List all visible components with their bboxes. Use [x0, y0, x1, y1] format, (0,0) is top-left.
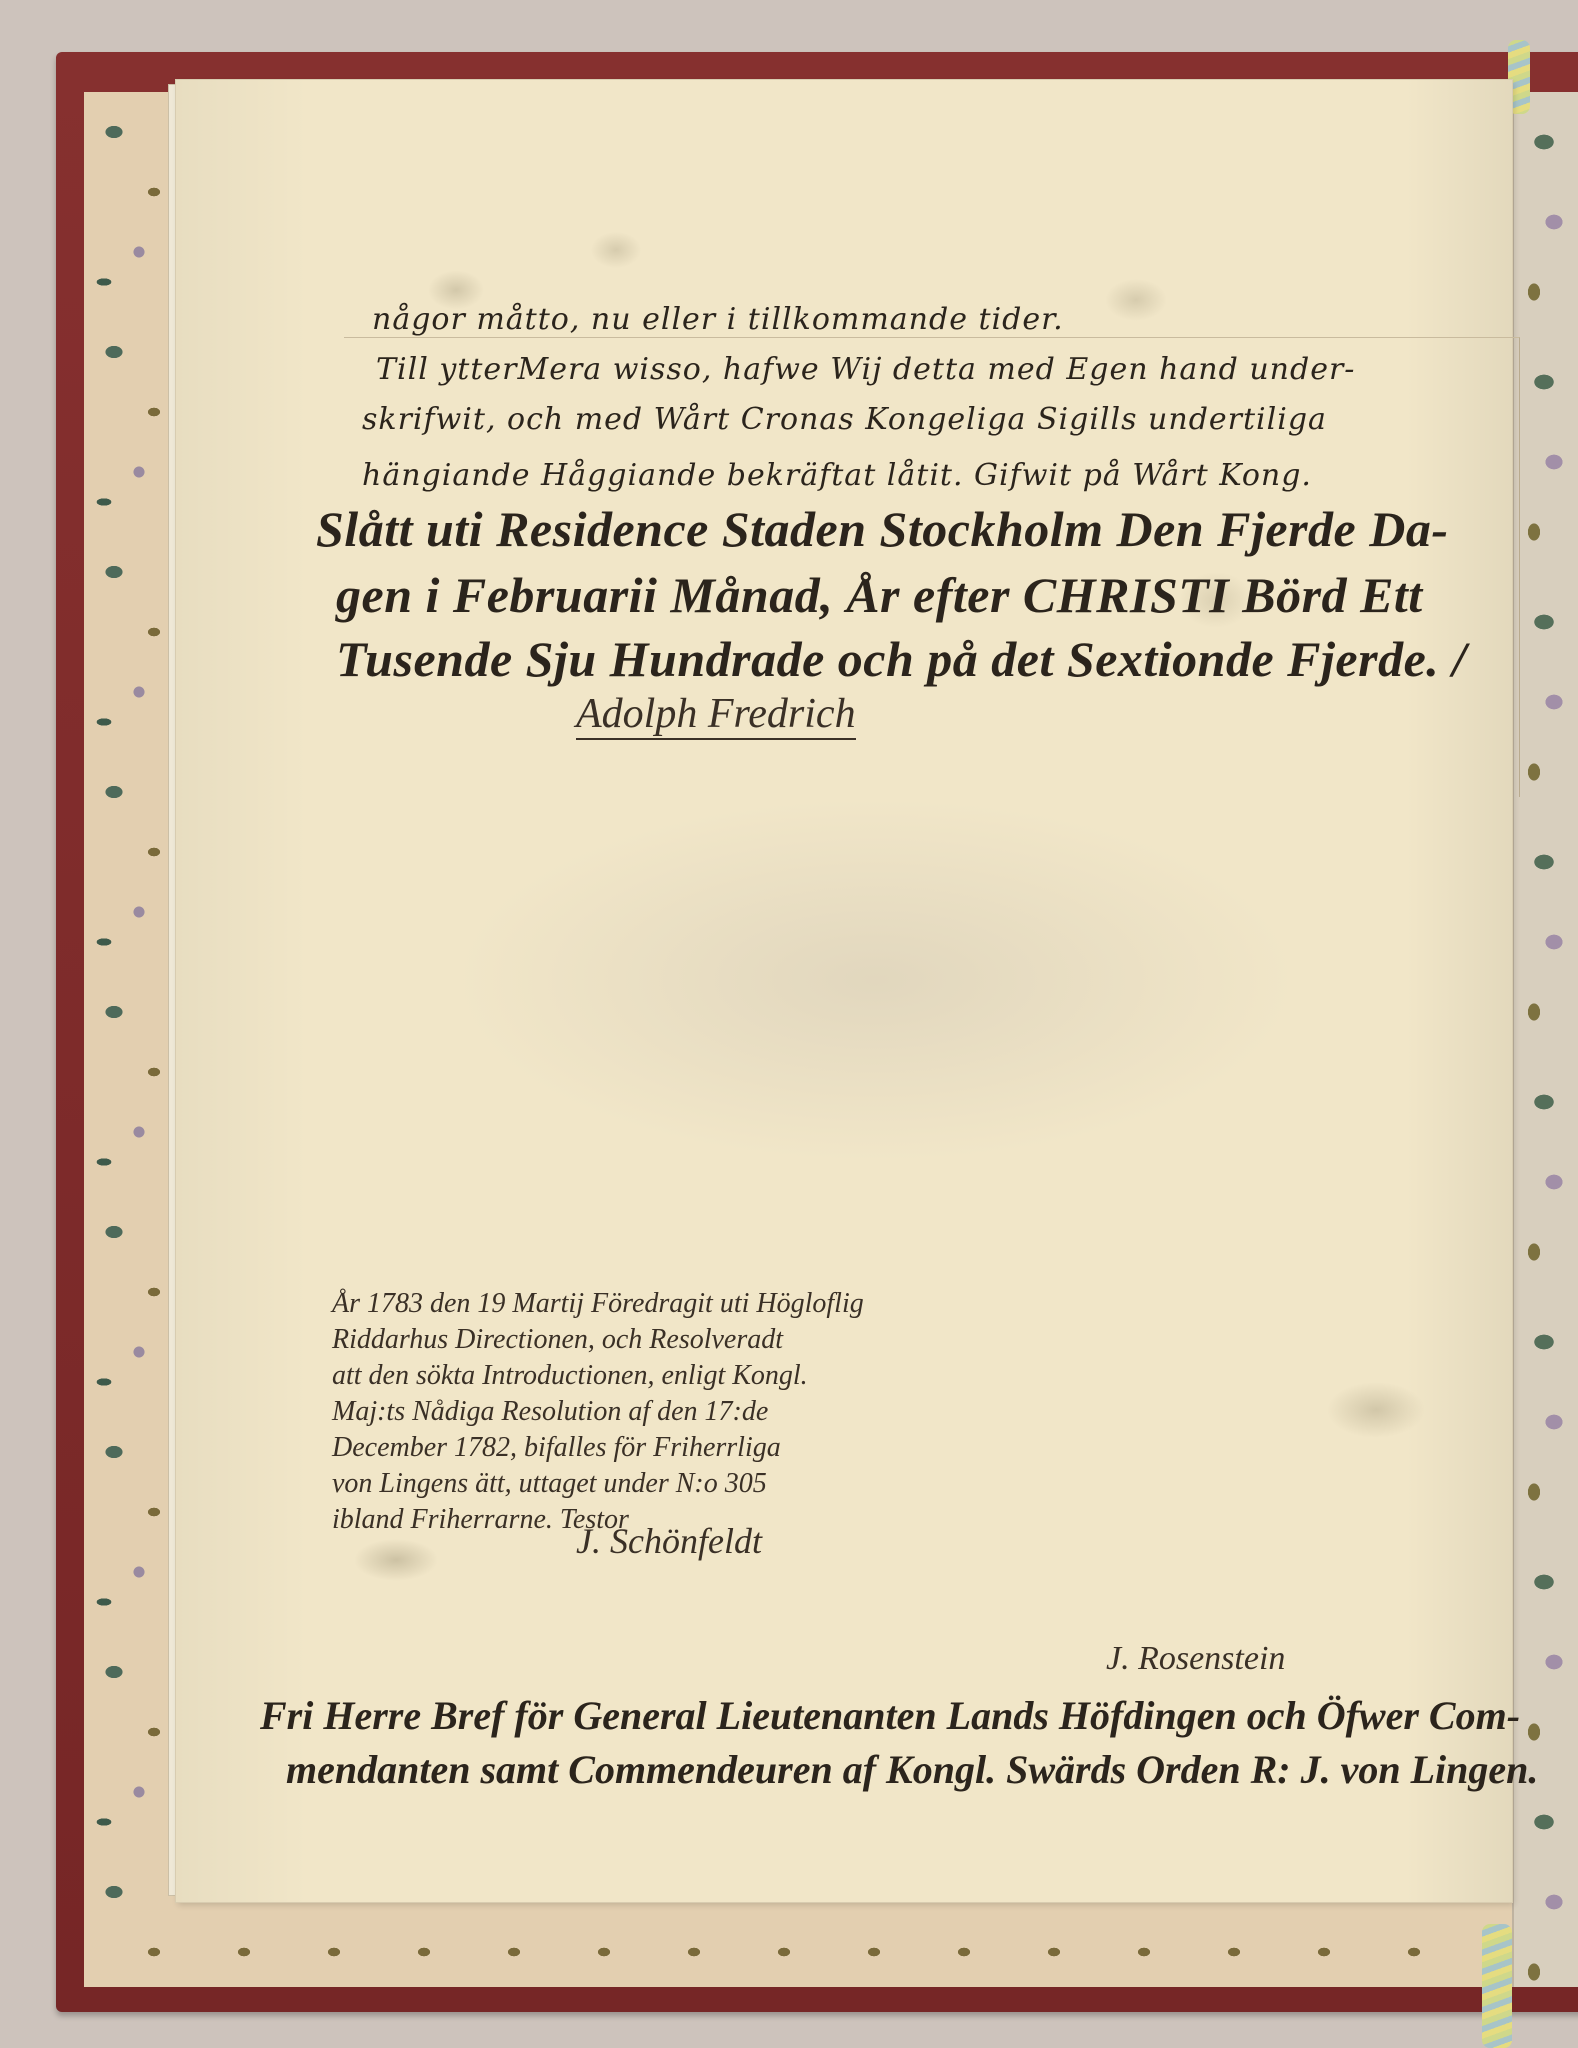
- registry-note-line-6: von Lingens ätt, uttaget under N:o 305: [332, 1468, 767, 1500]
- royal-signature: Adolph Fredrich: [576, 690, 856, 740]
- registry-note-line-1: År 1783 den 19 Martij Föredragit uti Hög…: [332, 1288, 864, 1320]
- registrar-signature: J. Schönfeldt: [576, 1520, 762, 1562]
- registry-note-line-4: Maj:ts Nådiga Resolution af den 17:de: [332, 1396, 768, 1428]
- title-block-line-2: mendanten samt Commendeuren af Kongl. Sw…: [286, 1746, 1538, 1793]
- registry-note-line-3: att den sökta Introductionen, enligt Kon…: [332, 1360, 808, 1392]
- text-line-3: skrifwit, och med Wårt Cronas Kongeliga …: [362, 402, 1327, 437]
- document-page: någor måtto, nu eller i tillkommande tid…: [176, 80, 1512, 1902]
- registry-note-line-5: December 1782, bifalles för Friherrliga: [332, 1432, 781, 1464]
- countersignature: J. Rosenstein: [1106, 1640, 1285, 1678]
- text-line-6: gen i Februarii Månad, År efter CHRISTI …: [336, 566, 1423, 624]
- text-line-7: Tusende Sju Hundrade och på det Sextiond…: [336, 630, 1467, 688]
- registry-note-line-2: Riddarhus Directionen, och Resolveradt: [332, 1324, 783, 1356]
- bottom-ribbon-tassel: [1482, 1924, 1512, 2048]
- title-block-line-1: Fri Herre Bref för General Lieutenanten …: [260, 1692, 1520, 1739]
- text-line-5: Slått uti Residence Staden Stockholm Den…: [316, 500, 1448, 558]
- spine-floral-fabric: [1512, 92, 1578, 1987]
- text-line-4: hängiande Håggiande bekräftat låtit. Gif…: [362, 458, 1312, 493]
- text-line-1: någor måtto, nu eller i tillkommande tid…: [372, 302, 1064, 337]
- text-line-2: Till ytterMera wisso, hafwe Wij detta me…: [376, 352, 1355, 387]
